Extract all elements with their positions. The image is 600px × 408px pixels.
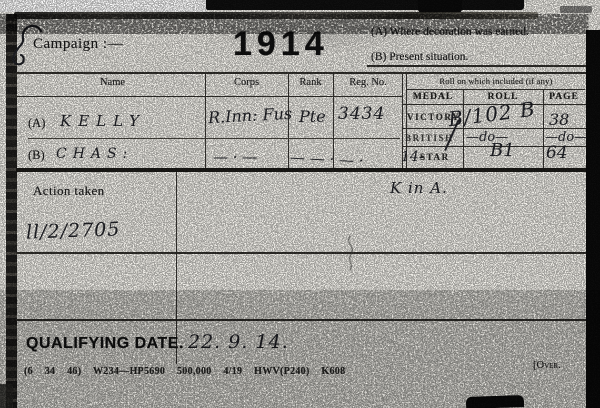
corps-ditto-dashes-hw: — · — [213, 148, 257, 166]
col-header-name: Name [20, 77, 205, 88]
note-a: (A) Where decoration was earned. [371, 26, 529, 38]
col-header-corps: Corps [205, 77, 288, 88]
roll-header: Roll on which included (if any) [407, 76, 585, 86]
surname-hw: KELLY [60, 112, 146, 130]
killed-in-action-hw: K in A. [390, 179, 448, 197]
scan-top-black-band [206, 0, 524, 10]
qualifying-date-hw: 22. 9. 14. [188, 331, 289, 353]
ink-squiggle-mark [338, 234, 364, 272]
divider-roll-page [543, 90, 544, 169]
medal-british-label: BRITISH [405, 133, 454, 143]
row-a-rule [28, 138, 400, 139]
notes-underline [367, 65, 586, 67]
row-b-prefix: (B) [28, 148, 45, 163]
scanner-background [0, 0, 207, 12]
corps-hw: R.Inn: Fus [208, 104, 293, 127]
page-star-hw: 64 [546, 143, 568, 163]
page-victory-hw: 38 [549, 110, 569, 129]
medal-star-label: STAR [420, 152, 450, 162]
printer-code: (6 34 46) W234—HP5690 500,000 4/19 HWV(P… [24, 366, 345, 377]
scan-bottom-black-blob [466, 395, 524, 408]
col-header-reg-no: Reg. No. [333, 77, 403, 88]
table-bottom-heavy-rule [16, 168, 586, 172]
action-reference-hw: ll/2/2705 [26, 218, 121, 243]
action-taken-label: Action taken [33, 183, 105, 199]
col-header-medal: MEDAL [403, 92, 463, 102]
scan-smudge [560, 6, 592, 13]
header-underline [16, 96, 403, 97]
over-label: [Over. [533, 360, 561, 371]
row-a-prefix: (A) [28, 116, 45, 131]
scan-bottom-left-mark [0, 384, 13, 408]
reg-no-hw: 3434 [338, 104, 385, 124]
medal-index-card-scan: Campaign :— 1914 (A) Where decoration wa… [0, 0, 600, 408]
col-header-rank: Rank [288, 77, 333, 88]
forename-hw: CHAS: [56, 146, 133, 162]
campaign-label: Campaign :— [33, 36, 123, 53]
qualifying-date-label: QUALIFYING DATE. [26, 335, 184, 353]
scan-right-black-band [586, 30, 600, 408]
section-rule-1 [16, 252, 586, 254]
section-rule-2 [16, 319, 586, 321]
roll-header-underline [407, 89, 585, 90]
campaign-year: 1914 [233, 25, 329, 64]
col-header-page: PAGE [543, 92, 585, 102]
rank-reg-ditto-dashes-hw: — — · — · [290, 148, 364, 170]
roll-star-hw: B1 [490, 140, 515, 161]
table-top-rule [16, 72, 586, 74]
note-b: (B) Present situation. [371, 51, 468, 63]
rank-hw: Pte [299, 107, 326, 126]
